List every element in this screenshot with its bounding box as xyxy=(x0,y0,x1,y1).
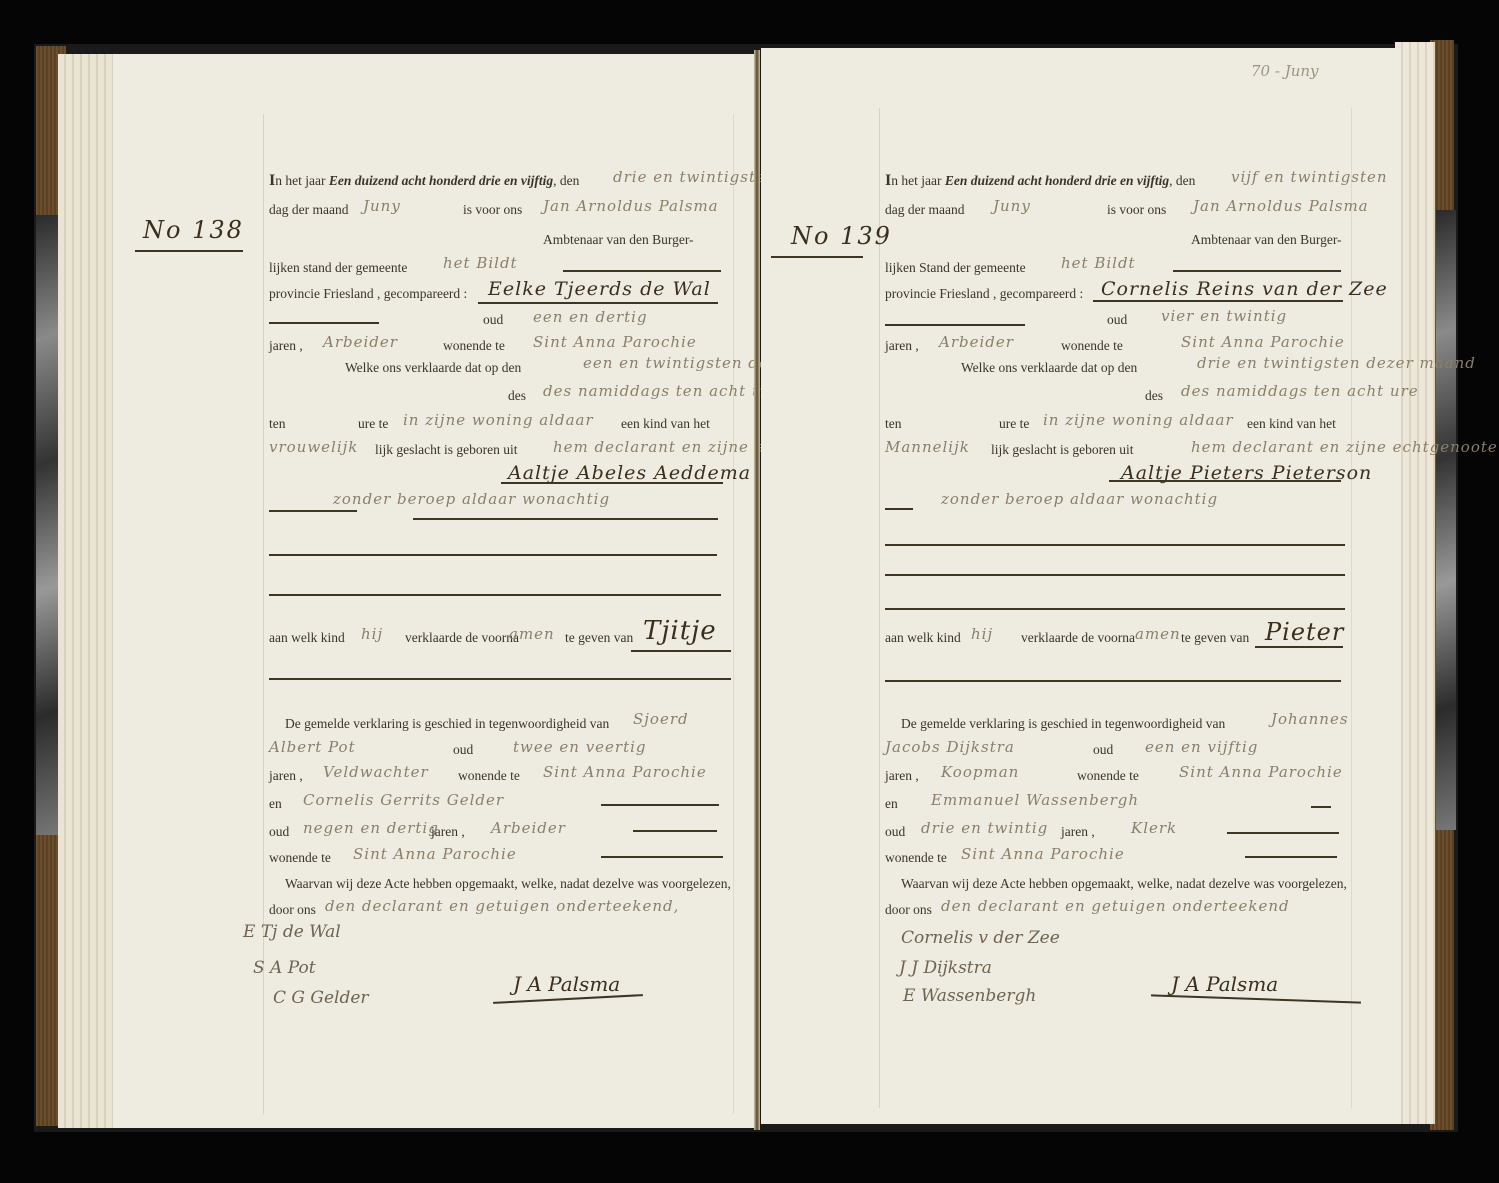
form-line-9: des xyxy=(1145,388,1163,404)
entry-witness1-occupation: Veldwachter xyxy=(323,763,429,781)
form-line-7b: wonende te xyxy=(1061,338,1123,354)
acte-number: No 138 xyxy=(143,216,244,244)
form-line-10b: ure te xyxy=(358,416,388,432)
corner-note: 70 - Juny xyxy=(1251,62,1319,80)
signature-witness2: E Wassenbergh xyxy=(903,986,1036,1006)
form-line-20: door ons xyxy=(885,902,932,918)
margin-rule xyxy=(1351,108,1352,1108)
form-line-4: lijken Stand der gemeente xyxy=(885,260,1026,276)
left-page: No 138 In het jaar Een duizend acht hond… xyxy=(113,54,755,1128)
entry-declarant-residence: Sint Anna Parochie xyxy=(1181,333,1345,351)
name-underline xyxy=(1093,300,1343,302)
entry-sex: Mannelijk xyxy=(885,438,970,456)
fill-line xyxy=(885,544,1345,546)
form-line-9: des xyxy=(508,388,526,404)
entry-closing: den declarant en getuigen onderteekend xyxy=(941,897,1290,915)
form-line-10: ten xyxy=(885,416,902,432)
entry-witness1-residence: Sint Anna Parochie xyxy=(1179,763,1343,781)
fill-line xyxy=(1227,832,1339,834)
form-line-12b: verklaarde de voorna xyxy=(405,630,519,646)
signature-witness1: J J Dijkstra xyxy=(899,958,992,978)
entry-birth-place: in zijne woning aldaar xyxy=(1043,411,1234,429)
form-line-15b: wonende te xyxy=(1077,768,1139,784)
name-underline xyxy=(1255,646,1343,648)
entry-official: Jan Arnoldus Palsma xyxy=(1193,197,1369,215)
fill-line xyxy=(269,554,717,556)
entry-declarant-occupation: Arbeider xyxy=(323,333,398,351)
book-gutter xyxy=(754,50,760,1130)
signature-official: J A Palsma xyxy=(1171,972,1278,996)
entry-naam-suffix: amen xyxy=(1135,625,1181,643)
entry-witness2: Cornelis Gerrits Gelder xyxy=(303,791,504,809)
form-line-14: oud xyxy=(453,742,473,758)
form-line-18: wonende te xyxy=(885,850,947,866)
entry-witness2-age: negen en dertig xyxy=(303,819,439,837)
form-line-19: Waarvan wij deze Acte hebben opgemaakt, … xyxy=(901,876,1347,892)
entry-day: drie en twintigsten xyxy=(613,168,777,186)
form-line-10c: een kind van het xyxy=(1247,416,1336,432)
entry-official: Jan Arnoldus Palsma xyxy=(543,197,719,215)
entry-day: vijf en twintigsten xyxy=(1231,168,1388,186)
page-edges-left xyxy=(58,54,120,1128)
form-line-17: oud xyxy=(269,824,289,840)
name-underline xyxy=(501,482,723,484)
entry-witness1-residence: Sint Anna Parochie xyxy=(543,763,707,781)
fill-line xyxy=(885,680,1341,682)
entry-declarant-age: vier en twintig xyxy=(1161,307,1287,325)
entry-witness1: Albert Pot xyxy=(269,738,356,756)
form-line-3: Ambtenaar van den Burger- xyxy=(1191,232,1342,248)
entry-declarant: Eelke Tjeerds de Wal xyxy=(488,278,711,300)
name-underline xyxy=(885,324,1025,326)
annotation-note: E Tj de Wal xyxy=(243,922,341,942)
entry-month: Juny xyxy=(993,197,1031,215)
form-line-16: en xyxy=(269,796,282,812)
name-underline xyxy=(885,508,913,510)
form-line-12: aan welk kind xyxy=(885,630,961,646)
name-underline xyxy=(478,302,718,304)
right-page: 70 - Juny No 139 In het jaar Een duizend… xyxy=(761,48,1401,1124)
entry-declarant-age: een en dertig xyxy=(533,308,648,326)
form-line-13: De gemelde verklaring is geschied in teg… xyxy=(901,716,1225,732)
entry-closing: den declarant en getuigen onderteekend, xyxy=(325,897,679,915)
fill-line xyxy=(1311,806,1331,808)
signature-witness2: C G Gelder xyxy=(273,988,369,1008)
fill-line xyxy=(1245,856,1337,858)
margin-rule xyxy=(733,114,734,1114)
form-line-20: door ons xyxy=(269,902,316,918)
form-line-10c: een kind van het xyxy=(621,416,710,432)
entry-birth-place: in zijne woning aldaar xyxy=(403,411,594,429)
fill-line xyxy=(413,518,718,520)
form-line-12: aan welk kind xyxy=(269,630,345,646)
form-line-15: jaren , xyxy=(269,768,303,784)
form-line-7b: wonende te xyxy=(443,338,505,354)
entry-municipality: het Bildt xyxy=(443,254,518,272)
signature-official: J A Palsma xyxy=(513,972,620,996)
form-line-12c: te geven van xyxy=(1181,630,1249,646)
form-line-5: provincie Friesland , gecompareerd : xyxy=(885,286,1083,302)
entry-mother-intro: hem declarant en zijne echtgenoote xyxy=(1191,438,1498,456)
entry-declarant-occupation: Arbeider xyxy=(939,333,1014,351)
entry-mother: Aaltje Abeles Aeddema xyxy=(508,462,751,484)
form-line-10: ten xyxy=(269,416,286,432)
entry-witness2-occupation: Arbeider xyxy=(491,819,566,837)
fill-line xyxy=(269,594,721,596)
entry-municipality: het Bildt xyxy=(1061,254,1136,272)
form-line-3: Ambtenaar van den Burger- xyxy=(543,232,694,248)
form-line-12c: te geven van xyxy=(565,630,633,646)
entry-witness2-age: drie en twintig xyxy=(921,819,1048,837)
fill-line xyxy=(601,856,723,858)
name-underline xyxy=(1109,480,1341,482)
fill-line xyxy=(1173,270,1341,272)
form-line-12b: verklaarde de voorna xyxy=(1021,630,1135,646)
fill-line xyxy=(885,608,1345,610)
signature-declarant: Cornelis v der Zee xyxy=(901,928,1060,948)
entry-child-name: Tjitje xyxy=(643,616,717,646)
form-line-4: lijken stand der gemeente xyxy=(269,260,407,276)
entry-mother-note: zonder beroep aldaar wonachtig xyxy=(333,490,610,508)
form-line-6: oud xyxy=(1107,312,1127,328)
form-line-16: en xyxy=(885,796,898,812)
entry-sex: vrouwelijk xyxy=(269,438,358,456)
form-line-2: dag der maand xyxy=(269,202,348,218)
entry-witness2-residence: Sint Anna Parochie xyxy=(961,845,1125,863)
entry-birth-time: des namiddags ten acht ure xyxy=(543,382,781,400)
form-line-2b: is voor ons xyxy=(463,202,522,218)
form-line-7: jaren , xyxy=(269,338,303,354)
form-line-17b: jaren , xyxy=(1061,824,1095,840)
acte-number: No 139 xyxy=(791,222,892,250)
entry-witness2: Emmanuel Wassenbergh xyxy=(931,791,1139,809)
entry-birth-time: des namiddags ten acht ure xyxy=(1181,382,1419,400)
fill-line xyxy=(633,830,717,832)
form-line-10b: ure te xyxy=(999,416,1029,432)
page-edges-right xyxy=(1395,42,1435,1124)
entry-pronoun: hij xyxy=(971,625,993,643)
form-line-2: dag der maand xyxy=(885,202,964,218)
fill-line xyxy=(269,678,731,680)
fill-line xyxy=(563,270,721,272)
entry-witness1-age: een en vijftig xyxy=(1145,738,1258,756)
name-underline xyxy=(269,510,357,512)
entry-child-name: Pieter xyxy=(1265,618,1344,646)
marbled-board-right xyxy=(1436,210,1456,830)
form-line-15b: wonende te xyxy=(458,768,520,784)
form-line-17b: jaren , xyxy=(431,824,465,840)
form-line-14: oud xyxy=(1093,742,1113,758)
entry-month: Juny xyxy=(363,197,401,215)
form-line-6: oud xyxy=(483,312,503,328)
form-line-7: jaren , xyxy=(885,338,919,354)
entry-witness2-occupation: Klerk xyxy=(1131,819,1177,837)
form-line-13: De gemelde verklaring is geschied in teg… xyxy=(285,716,609,732)
fill-line xyxy=(885,574,1345,576)
entry-witness1-first: Johannes xyxy=(1271,710,1349,728)
entry-declarant: Cornelis Reins van der Zee xyxy=(1101,278,1388,300)
entry-witness1-age: twee en veertig xyxy=(513,738,647,756)
form-line-11: lijk geslacht is geboren uit xyxy=(991,442,1133,458)
form-line-17: oud xyxy=(885,824,905,840)
entry-witness1-occupation: Koopman xyxy=(941,763,1019,781)
entry-naam-suffix: amen xyxy=(509,625,555,643)
name-underline xyxy=(269,322,379,324)
acte-underline xyxy=(771,256,863,258)
fill-line xyxy=(601,804,719,806)
form-line-11: lijk geslacht is geboren uit xyxy=(375,442,517,458)
form-line-1: In het jaar Een duizend acht honderd dri… xyxy=(885,172,1195,190)
form-line-5: provincie Friesland , gecompareerd : xyxy=(269,286,467,302)
acte-underline xyxy=(135,250,243,252)
entry-witness1-first: Sjoerd xyxy=(633,710,689,728)
signature-witness1: S A Pot xyxy=(253,958,316,978)
name-underline xyxy=(631,650,731,652)
form-line-8: Welke ons verklaarde dat op den xyxy=(345,360,521,376)
entry-witness1: Jacobs Dijkstra xyxy=(885,738,1015,756)
entry-witness2-residence: Sint Anna Parochie xyxy=(353,845,517,863)
margin-rule xyxy=(879,108,880,1108)
form-line-8: Welke ons verklaarde dat op den xyxy=(961,360,1137,376)
form-line-15: jaren , xyxy=(885,768,919,784)
form-line-18: wonende te xyxy=(269,850,331,866)
entry-birth-day: drie en twintigsten dezer maand xyxy=(1197,354,1476,372)
entry-mother-note: zonder beroep aldaar wonachtig xyxy=(941,490,1218,508)
form-line-19: Waarvan wij deze Acte hebben opgemaakt, … xyxy=(285,876,731,892)
entry-declarant-residence: Sint Anna Parochie xyxy=(533,333,697,351)
entry-pronoun: hij xyxy=(361,625,383,643)
form-line-1: In het jaar Een duizend acht honderd dri… xyxy=(269,172,579,190)
form-line-2b: is voor ons xyxy=(1107,202,1166,218)
